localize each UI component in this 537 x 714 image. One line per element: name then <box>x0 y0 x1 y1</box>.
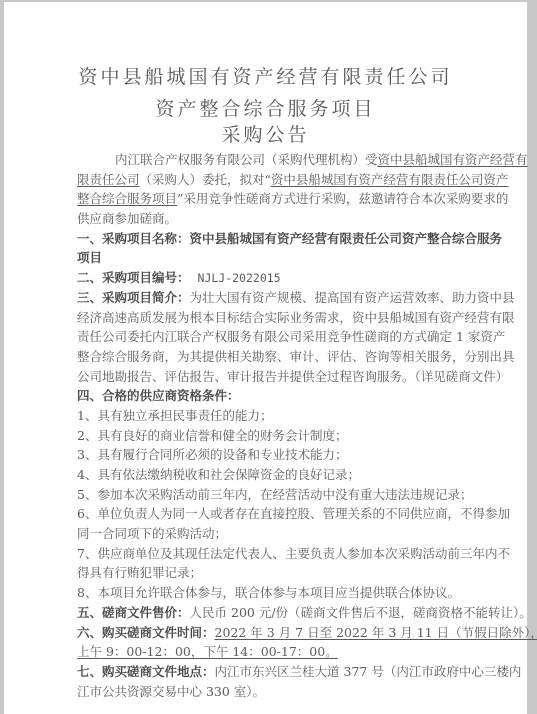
purchaser-name: 资中县船城国有资产经营有 <box>378 152 528 167</box>
intro-line-1: 内江联合产权服务有限公司（采购代理机构）受资中县船城国有资产经营有 <box>77 150 453 170</box>
section-5: 五、磋商文件售价：人民币 200 元/份（磋商文件售后不退，磋商资格不能转让）。 <box>77 603 453 623</box>
section-6: 六、购买磋商文件时间：2022 年 3 月 7 日至 2022 年 3 月 11… <box>77 623 453 643</box>
section-1-cont: 项目 <box>77 248 453 268</box>
section-1: 一、采购项目名称：资中县船城国有资产经营有限责任公司资产整合综合服务 <box>77 229 453 249</box>
section-3-line: 责任公司委托内江联合产权服务有限公司采用竞争性磋商的方式确定 1 家资产 <box>77 327 453 347</box>
title-project: 资产整合综合服务项目 <box>4 98 527 120</box>
document-body: 内江联合产权服务有限公司（采购代理机构）受资中县船城国有资产经营有 限责任公司（… <box>77 150 453 701</box>
qualification-item: 8、本项目允许联合体参与，联合体参与本项目应当提供联合体协议。 <box>77 583 453 603</box>
title-company: 资中县船城国有资产经营有限责任公司 <box>4 66 527 88</box>
section-5-label: 五、磋商文件售价： <box>77 605 190 620</box>
section-2-label: 二、采购项目编号： <box>77 270 190 285</box>
qualification-item: 2、具有良好的商业信誉和健全的财务会计制度； <box>77 426 453 446</box>
purchaser-role: （采购人）委托，拟对“ <box>140 172 271 187</box>
title-announcement: 采购公告 <box>4 124 527 146</box>
qualification-item-cont: 同一合同项下的采购活动； <box>77 524 453 544</box>
sale-period: 2022 年 3 月 7 日至 2022 年 3 月 11 日（节假日除外）， <box>215 625 537 640</box>
section-6-cont: 上午 9：00-12：00，下午 14：00-17：00。 <box>77 642 453 662</box>
section-2: 二、采购项目编号：NJLJ-2022015 <box>77 268 453 288</box>
intro-line-2: 限责任公司（采购人）委托，拟对“资中县船城国有资产经营有限责任公司资产 <box>77 170 453 190</box>
section-3-text: 为壮大国有资产规模、提高国有资产运营效率、助力资中县 <box>190 290 515 305</box>
document-price: 人民币 200 元/份（磋商文件售后不退，磋商资格不能转让）。 <box>190 605 532 620</box>
procurement-method: ”采用竞争性磋商方式进行采购，兹邀请符合本次采购要求的 <box>177 191 508 206</box>
purchaser-name-cont: 限责任公司 <box>77 172 140 187</box>
project-name-cont: 整合综合服务项目 <box>77 191 177 206</box>
document-page: 资中县船城国有资产经营有限责任公司 资产整合综合服务项目 采购公告 内江联合产权… <box>4 2 527 714</box>
qualification-item: 4、具有依法缴纳税收和社会保障资金的良好记录； <box>77 465 453 485</box>
intro-line-4: 供应商参加磋商。 <box>77 209 453 229</box>
section-1-label: 一、采购项目名称： <box>77 231 190 246</box>
qualification-item-cont: 得具有行贿犯罪记录； <box>77 563 453 583</box>
project-number: NJLJ-2022015 <box>198 271 281 285</box>
section-4-label: 四、合格的供应商资格条件： <box>77 386 453 406</box>
section-3-line: 整合综合服务商，为其提供相关勘察、审计、评估、咨询等相关服务，分别出具 <box>77 347 453 367</box>
section-7: 七、购买磋商文件地点：内江市东兴区兰桂大道 377 号（内江市政府中心三楼内 <box>77 662 453 682</box>
qualification-item: 5、参加本次采购活动前三年内，在经营活动中没有重大违法违规记录； <box>77 485 453 505</box>
agency-text: 内江联合产权服务有限公司（采购代理机构）受 <box>115 152 378 167</box>
intro-line-3: 整合综合服务项目”采用竞争性磋商方式进行采购，兹邀请符合本次采购要求的 <box>77 189 453 209</box>
qualification-item: 7、供应商单位及其现任法定代表人、主要负责人参加本次采购活动前三年内不 <box>77 544 453 564</box>
section-3: 三、采购项目简介：为壮大国有资产规模、提高国有资产运营效率、助力资中县 <box>77 288 453 308</box>
section-1-value: 资中县船城国有资产经营有限责任公司资产整合综合服务 <box>190 231 503 246</box>
section-7-label: 七、购买磋商文件地点： <box>77 664 215 679</box>
qualification-item: 1、具有独立承担民事责任的能力； <box>77 406 453 426</box>
section-7-cont: 江市公共资源交易中心 330 室）。 <box>77 682 453 702</box>
section-3-label: 三、采购项目简介： <box>77 290 190 305</box>
section-3-line: 公司地勘报告、评估报告、审计报告并提供全过程咨询服务。（详见磋商文件） <box>77 367 453 387</box>
qualification-item: 6、单位负责人为同一人或者存在直接控股、管理关系的不同供应商，不得参加 <box>77 504 453 524</box>
section-3-line: 经济高速高质发展为根本目标结合实际业务需求，资中县船城国有资产经营有限 <box>77 308 453 328</box>
sale-location: 内江市东兴区兰桂大道 377 号（内江市政府中心三楼内 <box>215 664 522 679</box>
sale-hours: 上午 9：00-12：00，下午 14：00-17：00。 <box>77 644 338 659</box>
qualification-item: 3、具有履行合同所必须的设备和专业技术能力； <box>77 445 453 465</box>
project-name: 资中县船城国有资产经营有限责任公司资产 <box>271 172 509 187</box>
section-6-label: 六、购买磋商文件时间： <box>77 625 215 640</box>
